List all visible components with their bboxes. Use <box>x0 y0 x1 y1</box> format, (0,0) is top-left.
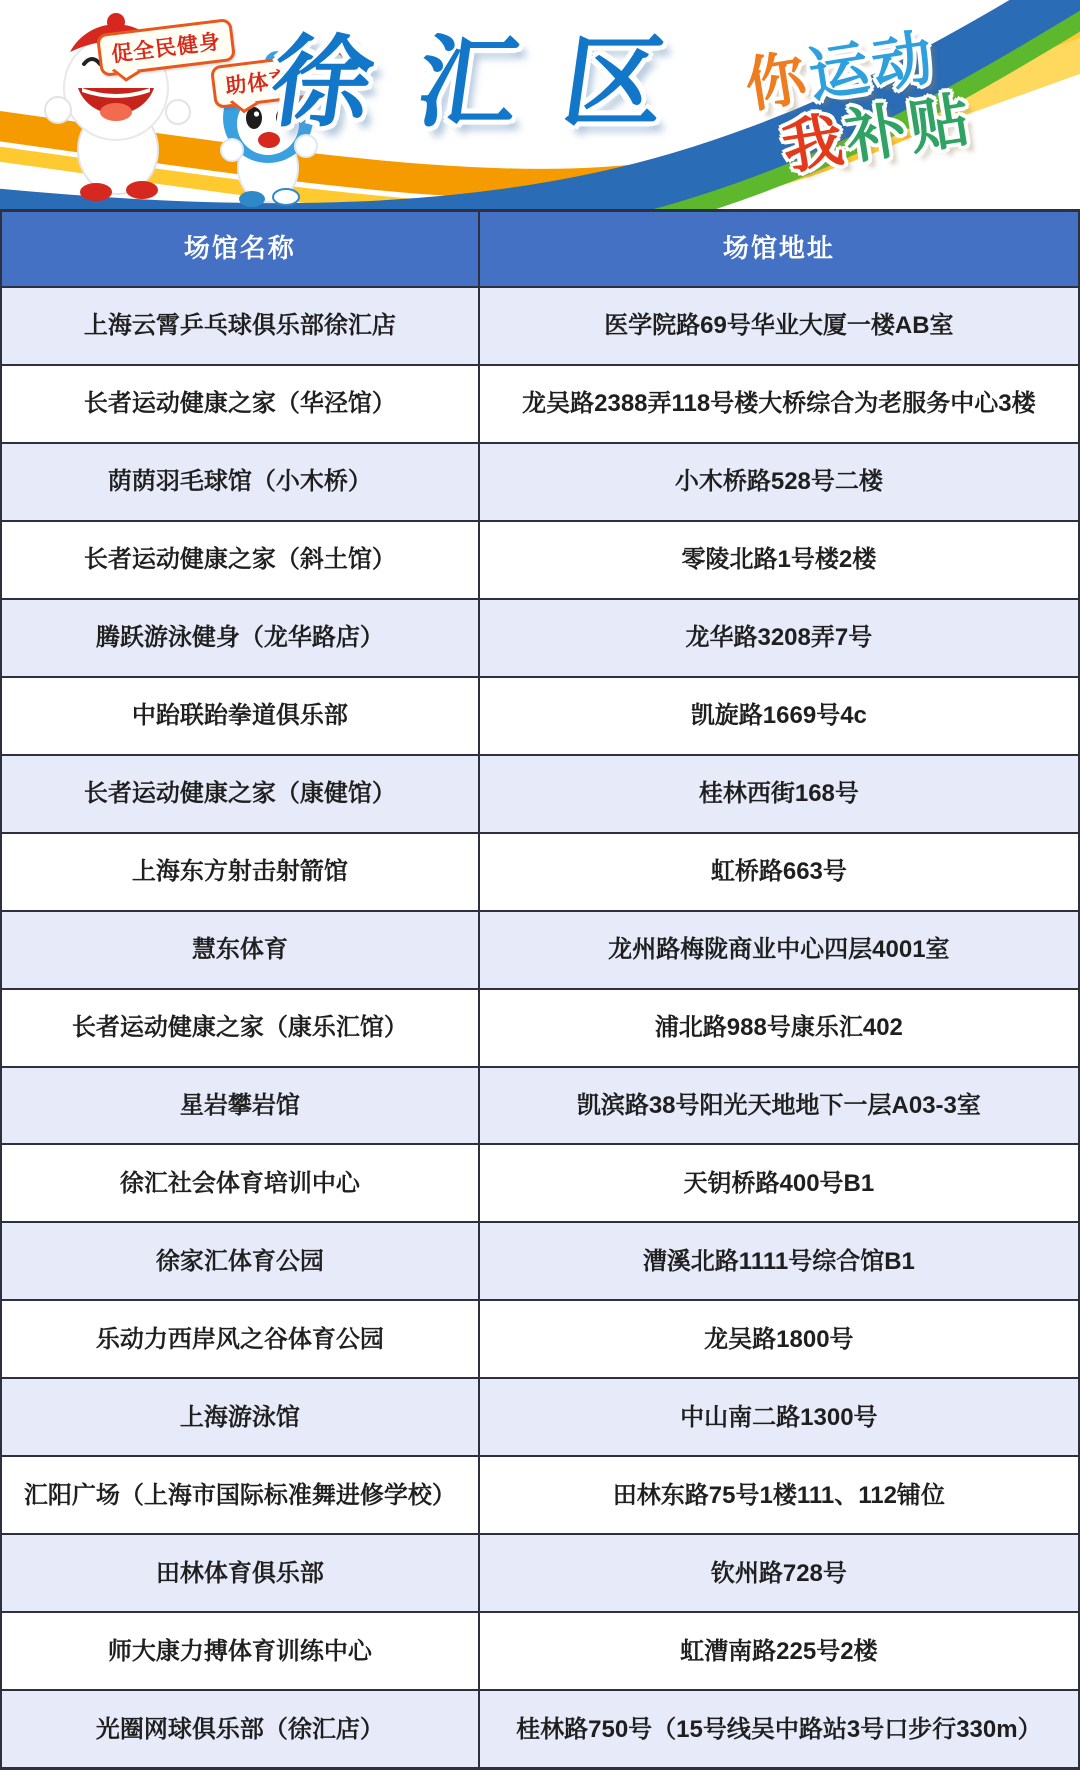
slogan-char: 你 <box>741 43 815 119</box>
table-row: 长者运动健康之家（康健馆） 桂林西街168号 <box>2 756 1078 834</box>
table-header: 场馆名称 场馆地址 <box>2 212 1078 288</box>
table-row: 上海东方射击射箭馆 虹桥路663号 <box>2 834 1078 912</box>
table-row: 田林体育俱乐部 钦州路728号 <box>2 1535 1078 1613</box>
table-row: 中跆联跆拳道俱乐部 凯旋路1669号4c <box>2 678 1078 756</box>
table-row: 光圈网球俱乐部（徐汇店） 桂林路750号（15号线吴中路站3号口步行330m） <box>2 1691 1078 1767</box>
slogan-char: 我 <box>778 105 852 181</box>
venue-address: 龙吴路1800号 <box>480 1301 1078 1377</box>
venue-address: 桂林路750号（15号线吴中路站3号口步行330m） <box>480 1691 1078 1767</box>
speech-bubble-fitness-text: 促全民健身 <box>110 30 222 66</box>
venue-name: 长者运动健康之家（康乐汇馆） <box>2 990 480 1066</box>
venue-address: 桂林西街168号 <box>480 756 1078 832</box>
venue-address: 零陵北路1号楼2楼 <box>480 522 1078 598</box>
venue-address: 凯滨路38号阳光天地地下一层A03-3室 <box>480 1068 1078 1144</box>
venue-address: 虹桥路663号 <box>480 834 1078 910</box>
table-row: 徐家汇体育公园 漕溪北路1111号综合馆B1 <box>2 1223 1078 1301</box>
venue-name: 中跆联跆拳道俱乐部 <box>2 678 480 754</box>
venue-address: 小木桥路528号二楼 <box>480 444 1078 520</box>
slogan-char: 补 <box>841 95 915 171</box>
venue-address: 漕溪北路1111号综合馆B1 <box>480 1223 1078 1299</box>
venue-address: 天钥桥路400号B1 <box>480 1145 1078 1221</box>
slogan-char: 贴 <box>904 85 978 161</box>
venue-name: 田林体育俱乐部 <box>2 1535 480 1611</box>
venue-name: 星岩攀岩馆 <box>2 1068 480 1144</box>
table-row: 长者运动健康之家（华泾馆） 龙吴路2388弄118号楼大桥综合为老服务中心3楼 <box>2 366 1078 444</box>
table-row: 慧东体育 龙州路梅陇商业中心四层4001室 <box>2 912 1078 990</box>
table-row: 上海游泳馆 中山南二路1300号 <box>2 1379 1078 1457</box>
venue-name: 师大康力搏体育训练中心 <box>2 1613 480 1689</box>
column-header-venue-address: 场馆地址 <box>480 212 1078 286</box>
table-row: 汇阳广场（上海市国际标准舞进修学校） 田林东路75号1楼111、112铺位 <box>2 1457 1078 1535</box>
venue-address: 龙州路梅陇商业中心四层4001室 <box>480 912 1078 988</box>
table-row: 长者运动健康之家（康乐汇馆） 浦北路988号康乐汇402 <box>2 990 1078 1068</box>
table-row: 师大康力搏体育训练中心 虹漕南路225号2楼 <box>2 1613 1078 1691</box>
venue-address: 龙华路3208弄7号 <box>480 600 1078 676</box>
venue-address: 龙吴路2388弄118号楼大桥综合为老服务中心3楼 <box>480 366 1078 442</box>
slogan: 你运动 我补贴 <box>720 0 1080 209</box>
venue-name: 长者运动健康之家（康健馆） <box>2 756 480 832</box>
venues-table: 场馆名称 场馆地址 上海云霄乒乓球俱乐部徐汇店 医学院路69号华业大厦一楼AB室… <box>0 209 1080 1770</box>
venue-name: 上海云霄乒乓球俱乐部徐汇店 <box>2 288 480 364</box>
table-row: 腾跃游泳健身（龙华路店） 龙华路3208弄7号 <box>2 600 1078 678</box>
venue-address: 虹漕南路225号2楼 <box>480 1613 1078 1689</box>
venue-name: 徐家汇体育公园 <box>2 1223 480 1299</box>
venue-address: 医学院路69号华业大厦一楼AB室 <box>480 288 1078 364</box>
table-row: 乐动力西岸风之谷体育公园 龙吴路1800号 <box>2 1301 1078 1379</box>
table-row: 长者运动健康之家（斜土馆） 零陵北路1号楼2楼 <box>2 522 1078 600</box>
banner: 促全民健身 助体育消费 徐汇区 你运动 我补贴 <box>0 0 1080 209</box>
table-row: 徐汇社会体育培训中心 天钥桥路400号B1 <box>2 1145 1078 1223</box>
table-row: 星岩攀岩馆 凯滨路38号阳光天地地下一层A03-3室 <box>2 1068 1078 1146</box>
venue-name: 长者运动健康之家（斜土馆） <box>2 522 480 598</box>
column-header-venue-name: 场馆名称 <box>2 212 480 286</box>
venue-name: 慧东体育 <box>2 912 480 988</box>
table-row: 上海云霄乒乓球俱乐部徐汇店 医学院路69号华业大厦一楼AB室 <box>2 288 1078 366</box>
venue-name: 腾跃游泳健身（龙华路店） <box>2 600 480 676</box>
venue-name: 长者运动健康之家（华泾馆） <box>2 366 480 442</box>
venue-name: 光圈网球俱乐部（徐汇店） <box>2 1691 480 1767</box>
venue-name: 荫荫羽毛球馆（小木桥） <box>2 444 480 520</box>
venue-address: 中山南二路1300号 <box>480 1379 1078 1455</box>
venue-address: 钦州路728号 <box>480 1535 1078 1611</box>
venue-name: 上海东方射击射箭馆 <box>2 834 480 910</box>
venue-name: 汇阳广场（上海市国际标准舞进修学校） <box>2 1457 480 1533</box>
venue-address: 凯旋路1669号4c <box>480 678 1078 754</box>
district-title: 徐汇区 <box>263 18 719 148</box>
slogan-char: 运 <box>804 33 878 109</box>
table-row: 荫荫羽毛球馆（小木桥） 小木桥路528号二楼 <box>2 444 1078 522</box>
slogan-char: 动 <box>867 23 941 99</box>
venue-name: 徐汇社会体育培训中心 <box>2 1145 480 1221</box>
venue-address: 田林东路75号1楼111、112铺位 <box>480 1457 1078 1533</box>
venue-name: 上海游泳馆 <box>2 1379 480 1455</box>
venue-name: 乐动力西岸风之谷体育公园 <box>2 1301 480 1377</box>
venue-address: 浦北路988号康乐汇402 <box>480 990 1078 1066</box>
